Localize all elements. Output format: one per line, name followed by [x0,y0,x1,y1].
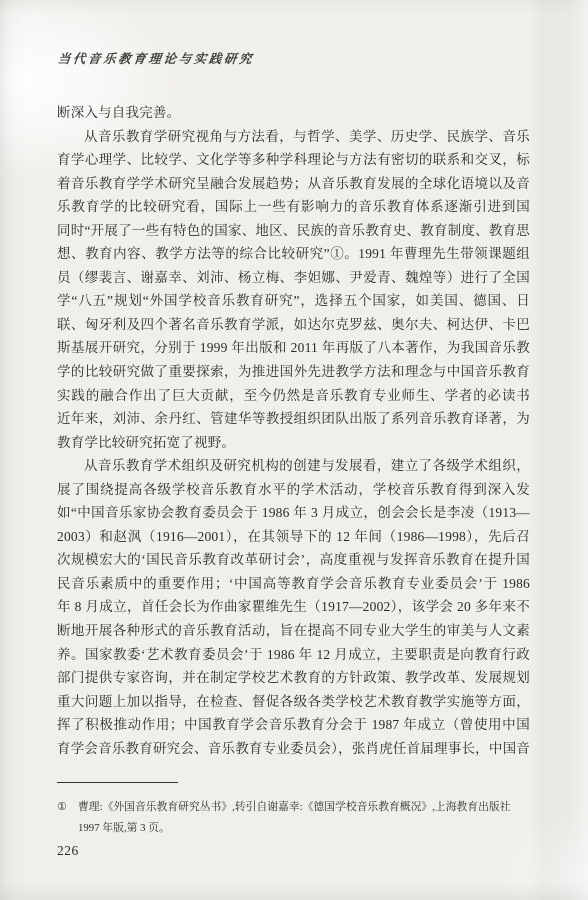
body-text: 断深入与自我完善。从音乐教育学研究视角与方法看，与哲学、美学、历史学、民族学、音… [57,101,530,760]
body-line: 如“中国音乐家协会教育委员会于 1986 年 3 月成立，创会会长是李凌（191… [57,501,530,525]
body-line: 断深入与自我完善。 [57,101,530,125]
body-line: 部门提供专家咨询，并在制定学校艺术教育的方针政策、教学改革、发展规划等 [57,666,530,690]
body-line: 联、匈牙利及四个著名音乐教育学派，如达尔克罗兹、奥尔夫、柯达伊、卡巴列夫 [57,313,530,337]
body-line: 断地开展各种形式的音乐教育活动，旨在提高不同专业大学生的审美与人文素 [57,619,530,643]
body-line: 实践的融合作出了巨大贡献，至今仍然是音乐教育专业师生、学者的必读书目。 [57,384,530,408]
body-line: 从音乐教育学术组织及研究机构的创建与发展看，建立了各级学术组织，开 [57,454,530,478]
body-line: 次规模宏大的‘国民音乐教育改革研讨会’，高度重视与发挥音乐教育在提升国 [57,548,530,572]
page-number: 226 [57,843,79,859]
body-line: 育学心理学、比较学、文化学等多种学科理论与方法有密切的联系和交叉，标志 [57,148,530,172]
body-line: 从音乐教育学研究视角与方法看，与哲学、美学、历史学、民族学、音乐学、教 [57,125,530,149]
body-line: 乐教育学的比较研究看，国际上一些有影响力的音乐教育体系逐渐引进到国内， [57,195,530,219]
body-line: 近年来，刘沛、余丹红、管建华等教授组织团队出版了系列音乐教育译著，为音乐 [57,407,530,431]
body-line: 2003）和赵沨（1916—2001），在其领导下的 12 年间（1986—19… [57,525,530,549]
body-line: 教育学比较研究拓宽了视野。 [57,431,530,455]
body-line: 学“八五”规划“外国学校音乐教育研究”，选择五个国家，如美国、德国、日本、苏 [57,289,530,313]
body-line: 展了围绕提高各级学校音乐教育水平的学术活动，学校音乐教育得到深入发展。 [57,478,530,502]
body-line: 着音乐教育学学术研究呈融合发展趋势；从音乐教育发展的全球化语境以及音 [57,172,530,196]
footnote-marker: ① [57,797,78,818]
body-line: 同时“开展了一些有特色的国家、地区、民族的音乐教育史、教育制度、教育思 [57,219,530,243]
footnote: ① 曹理:《外国音乐教育研究丛书》,转引自谢嘉幸:《德国学校音乐教育概况》,上海… [57,797,533,838]
body-line: 员（缪裴言、谢嘉幸、刘沛、杨立梅、李妲娜、尹爱青、魏煌等）进行了全国教育科 [57,266,530,290]
footnote-line: 曹理:《外国音乐教育研究丛书》,转引自谢嘉幸:《德国学校音乐教育概况》,上海教育… [78,797,533,818]
footnote-line: 1997 年版,第 3 页。 [78,818,533,839]
body-line: 民音乐素质中的重要作用；‘中国高等教育学会音乐教育专业委员会’于 1986 [57,572,530,596]
footnote-text: 曹理:《外国音乐教育研究丛书》,转引自谢嘉幸:《德国学校音乐教育概况》,上海教育… [78,797,533,838]
body-line: 年 8 月成立，首任会长为作曲家瞿维先生（1917—2002），该学会 20 多… [57,595,530,619]
book-page: 当代音乐教育理论与实践研究 断深入与自我完善。从音乐教育学研究视角与方法看，与哲… [0,0,588,900]
body-line: 斯基展开研究，分别于 1999 年出版和 2011 年再版了八本著作，为我国音乐… [57,336,530,360]
body-line: 重大问题上加以指导，在检查、督促各级各类学校艺术教育教学实施等方面，发 [57,690,530,714]
body-line: 挥了积极推动作用；中国教育学会音乐教育分会于 1987 年成立（曾使用中国教 [57,713,530,737]
running-header: 当代音乐教育理论与实践研究 [57,49,255,67]
body-line: 养。国家教委‘艺术教育委员会’于 1986 年 12 月成立，主要职责是向教育行… [57,643,530,667]
body-line: 育学会音乐教育研究会、音乐教育专业委员会），张肖虎任首届理事长，中国音 [57,737,530,761]
body-line: 想、教育内容、教学方法等的综合比较研究”①。1991 年曹理先生带领课题组成 [57,242,530,266]
body-line: 学的比较研究做了重要探索，为推进国外先进教学方法和理念与中国音乐教育 [57,360,530,384]
footnote-divider [57,782,178,783]
